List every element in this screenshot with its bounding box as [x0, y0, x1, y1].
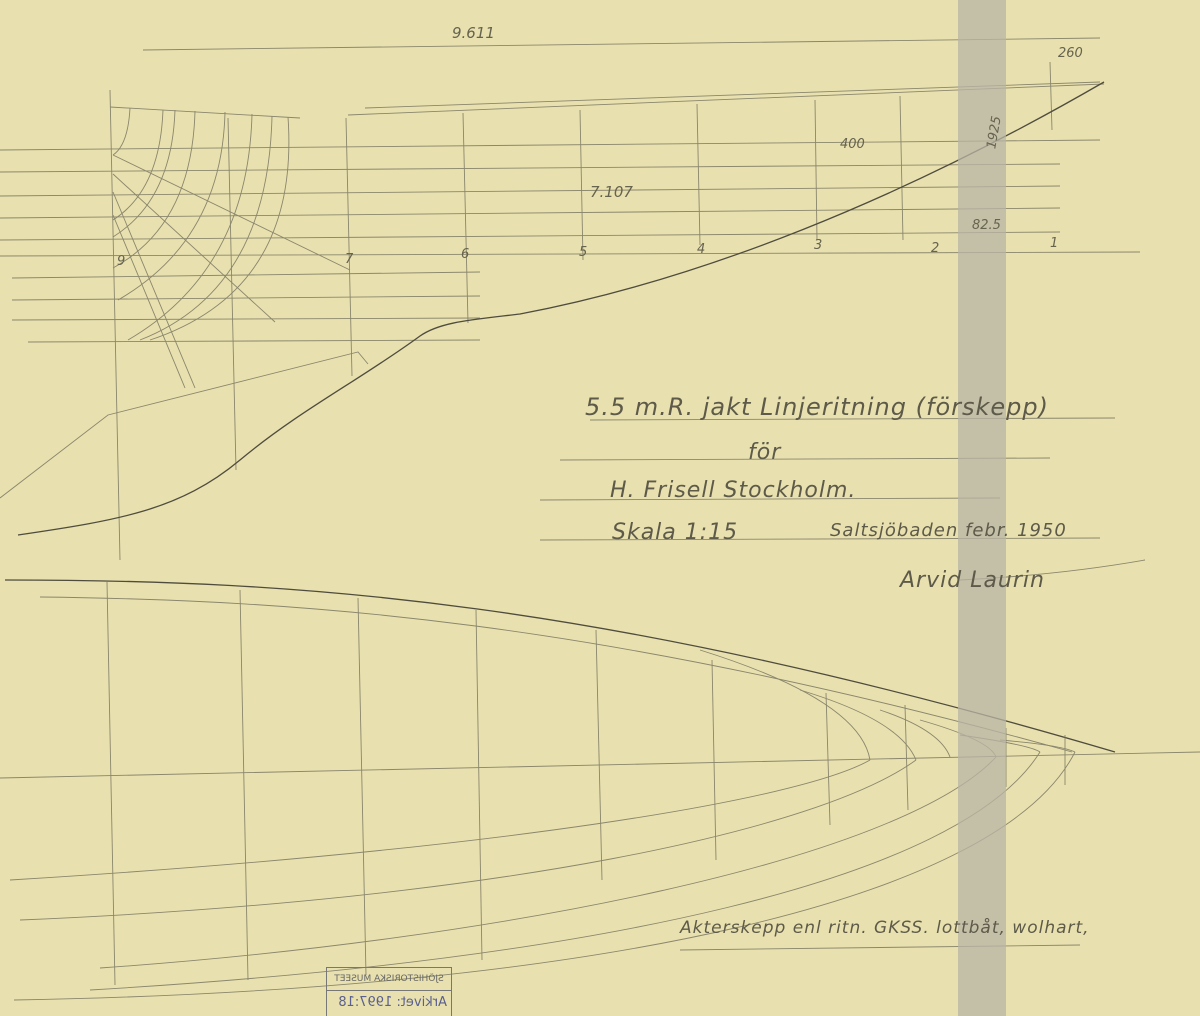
- tape-band: [958, 0, 1006, 1016]
- inner-length-dimension: 7.107: [590, 183, 633, 201]
- overall-length-dimension: 9.611: [452, 24, 495, 42]
- place-date: Saltsjöbaden febr. 1950: [830, 520, 1067, 541]
- overhang-dimension: 260: [1058, 46, 1083, 61]
- lines-plan-sheet: 9.611 7.107 260 400 1925 82.5 9 7 6 5 4 …: [0, 0, 1200, 1016]
- station-label-7: 7: [345, 252, 353, 267]
- museum-name: SJÖHISTORISKA MUSEET: [327, 968, 451, 991]
- station-label-3: 3: [814, 238, 822, 253]
- archive-number: Arkivet: 1997:18 84:2: [327, 991, 451, 1015]
- scale-label: Skala 1:15: [612, 520, 738, 545]
- station-label-1: 1: [1050, 236, 1058, 251]
- small-dimension: 82.5: [972, 218, 1001, 233]
- signature: Arvid Laurin: [900, 568, 1045, 593]
- station-label-9: 9: [117, 254, 125, 269]
- aft-note: Akterskepp enl ritn. GKSS. lottbåt, wolh…: [680, 918, 1090, 938]
- museum-stamp: SJÖHISTORISKA MUSEET Arkivet: 1997:18 84…: [326, 967, 452, 1016]
- station-label-5: 5: [579, 245, 587, 260]
- spacing-dimension: 400: [840, 137, 865, 152]
- station-label-2: 2: [931, 241, 939, 256]
- client-name: H. Frisell Stockholm.: [610, 478, 856, 503]
- station-label-6: 6: [461, 247, 469, 262]
- for-label: för: [748, 440, 781, 465]
- lines-plan-drawing: [0, 0, 1200, 1016]
- station-label-4: 4: [697, 242, 705, 257]
- drawing-title: 5.5 m.R. jakt Linjeritning (förskepp): [585, 393, 1049, 421]
